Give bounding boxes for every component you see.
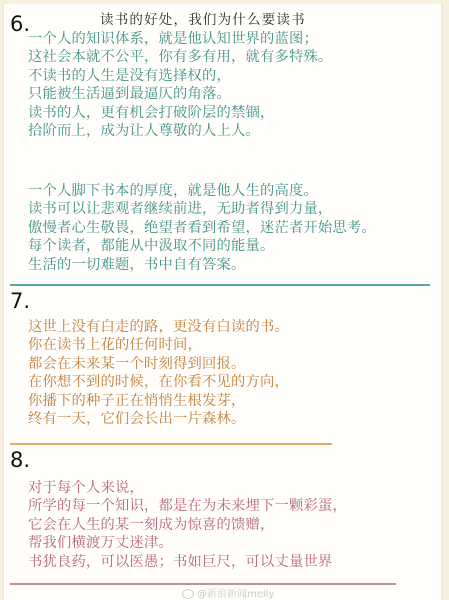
- text-line: 拾阶而上，成为让人尊敬的人上人。: [28, 122, 332, 140]
- section-6-paragraph-2: 一个人脚下书本的厚度，就是他人生的高度。 读书可以让悲观者继续前进，无助者得到力…: [28, 182, 376, 274]
- page-title: 读书的好处，我们为什么要读书: [100, 8, 306, 28]
- text-line: 读书的人，更有机会打破阶层的禁锢，: [28, 104, 332, 122]
- watermark: @新浪新闻melly: [182, 585, 274, 600]
- text-line: 这世上没有白走的路，更没有白读的书。: [28, 318, 289, 336]
- text-line: 这社会本就不公平，你有多有用，就有多特殊。: [28, 48, 332, 66]
- text-line: 都会在未来某一个时刻得到回报。: [28, 355, 289, 373]
- text-line: 一个人脚下书本的厚度，就是他人生的高度。: [28, 182, 376, 200]
- section-8-paragraph: 对于每个人来说， 所学的每一个知识，都是在为未来埋下一颗彩蛋， 它会在人生的某一…: [28, 479, 347, 571]
- text-line: 只能被生活逼到最逼仄的角落。: [28, 85, 332, 103]
- text-line: 傲慢者心生敬畏，绝望者看到希望，迷茫者开始思考。: [28, 219, 376, 237]
- text-line: 帮我们横渡万丈迷津。: [28, 534, 347, 552]
- text-line: 在你想不到的时候，在你看不见的方向，: [28, 373, 289, 391]
- section-7-paragraph: 这世上没有白走的路，更没有白读的书。 你在读书上花的任何时间， 都会在未来某一个…: [28, 318, 289, 428]
- text-line: 生活的一切难题，书中自有答案。: [28, 256, 376, 274]
- text-line: 它会在人生的某一刻成为惊喜的馈赠，: [28, 516, 347, 534]
- watermark-text: @新浪新闻melly: [197, 589, 274, 600]
- weibo-icon: [182, 589, 194, 599]
- text-line: 读书可以让悲观者继续前进，无助者得到力量，: [28, 200, 376, 218]
- text-line: 不读书的人生是没有选择权的，: [28, 67, 332, 85]
- text-line: 所学的每一个知识，都是在为未来埋下一颗彩蛋，: [28, 497, 347, 515]
- text-line: 书犹良药，可以医愚；书如巨尺，可以丈量世界: [28, 553, 347, 571]
- text-line: 每个读者，都能从中汲取不同的能量。: [28, 237, 376, 255]
- text-line: 你在读书上花的任何时间，: [28, 336, 289, 354]
- section-number-7: 7.: [10, 291, 30, 312]
- text-line: 对于每个人来说，: [28, 479, 347, 497]
- section-6-divider: [10, 284, 430, 286]
- section-number-8: 8.: [10, 450, 30, 471]
- text-line: 你播下的种子正在悄悄生根发芽，: [28, 392, 289, 410]
- section-6-paragraph-1: 一个人的知识体系，就是他认知世界的蓝图； 这社会本就不公平，你有多有用，就有多特…: [28, 30, 332, 140]
- text-line: 一个人的知识体系，就是他认知世界的蓝图；: [28, 30, 332, 48]
- section-7-divider: [10, 443, 332, 445]
- text-line: 终有一天，它们会长出一片森林。: [28, 410, 289, 428]
- document-page: 读书的好处，我们为什么要读书 6. 一个人的知识体系，就是他认知世界的蓝图； 这…: [3, 4, 443, 600]
